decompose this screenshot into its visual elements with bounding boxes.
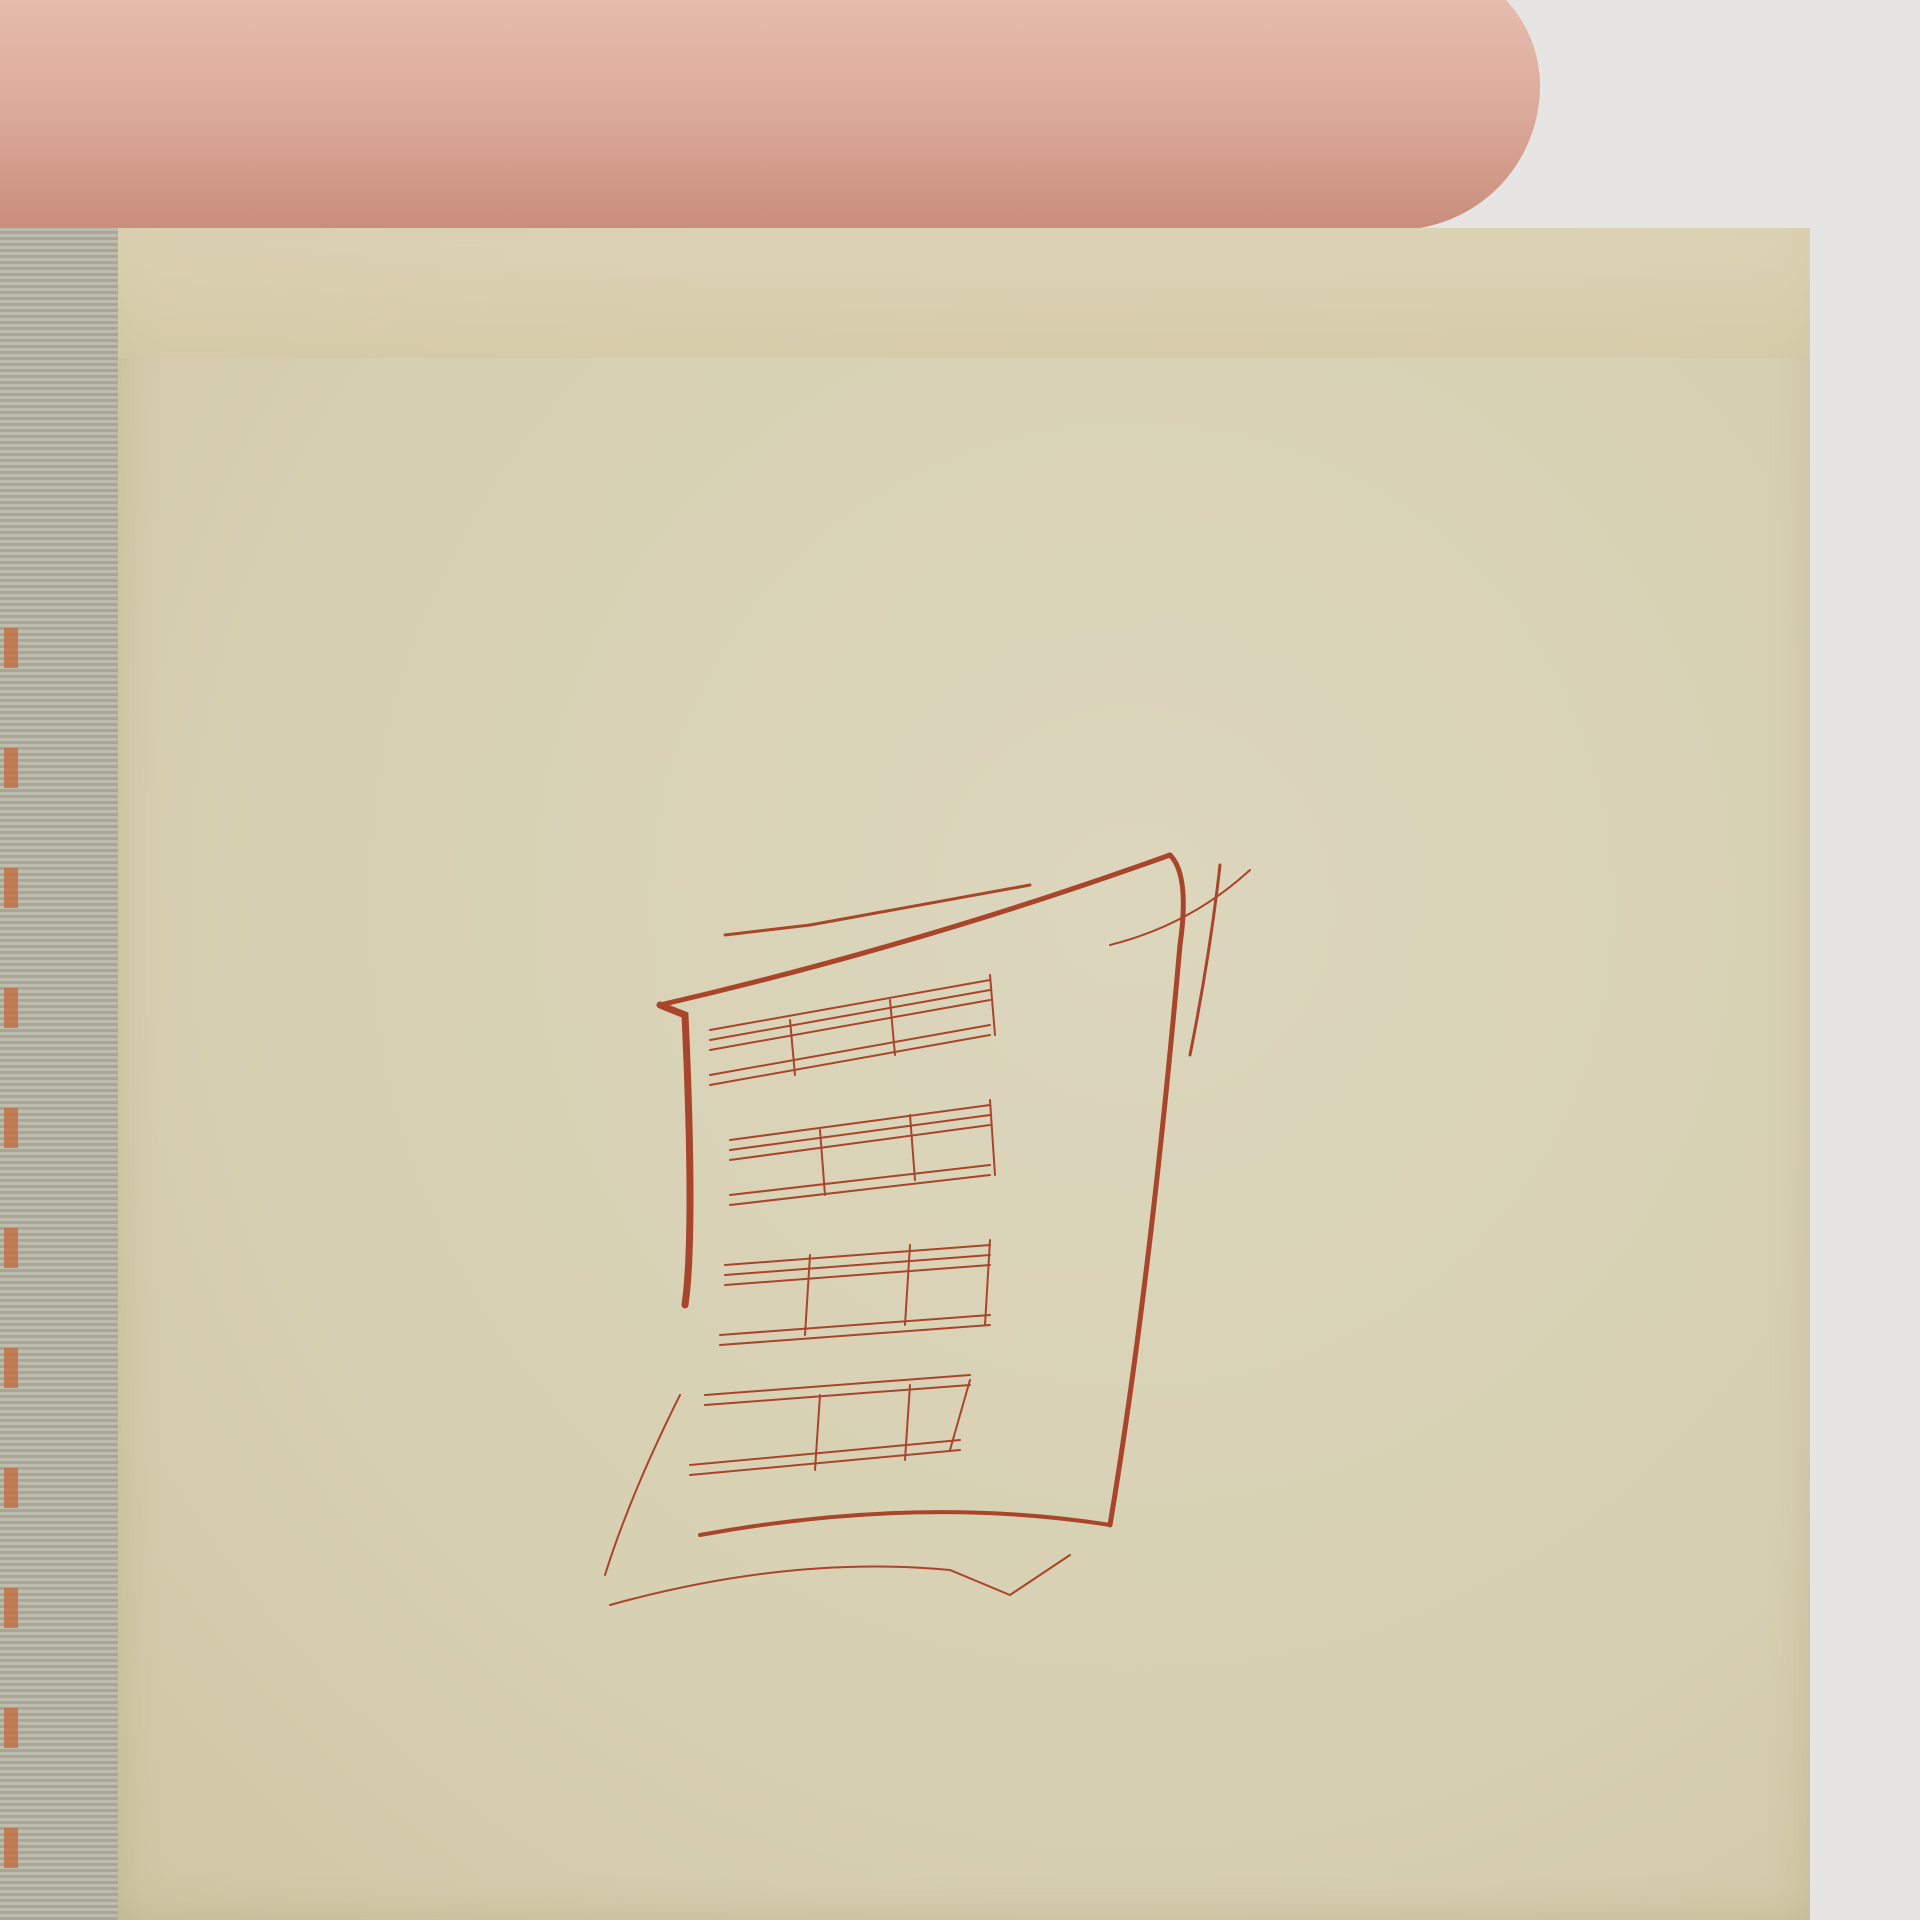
sheet-music-illustration [590,835,1335,1635]
water-stain [118,228,1810,358]
spine-lettering [4,628,18,1920]
finger [0,0,1540,230]
